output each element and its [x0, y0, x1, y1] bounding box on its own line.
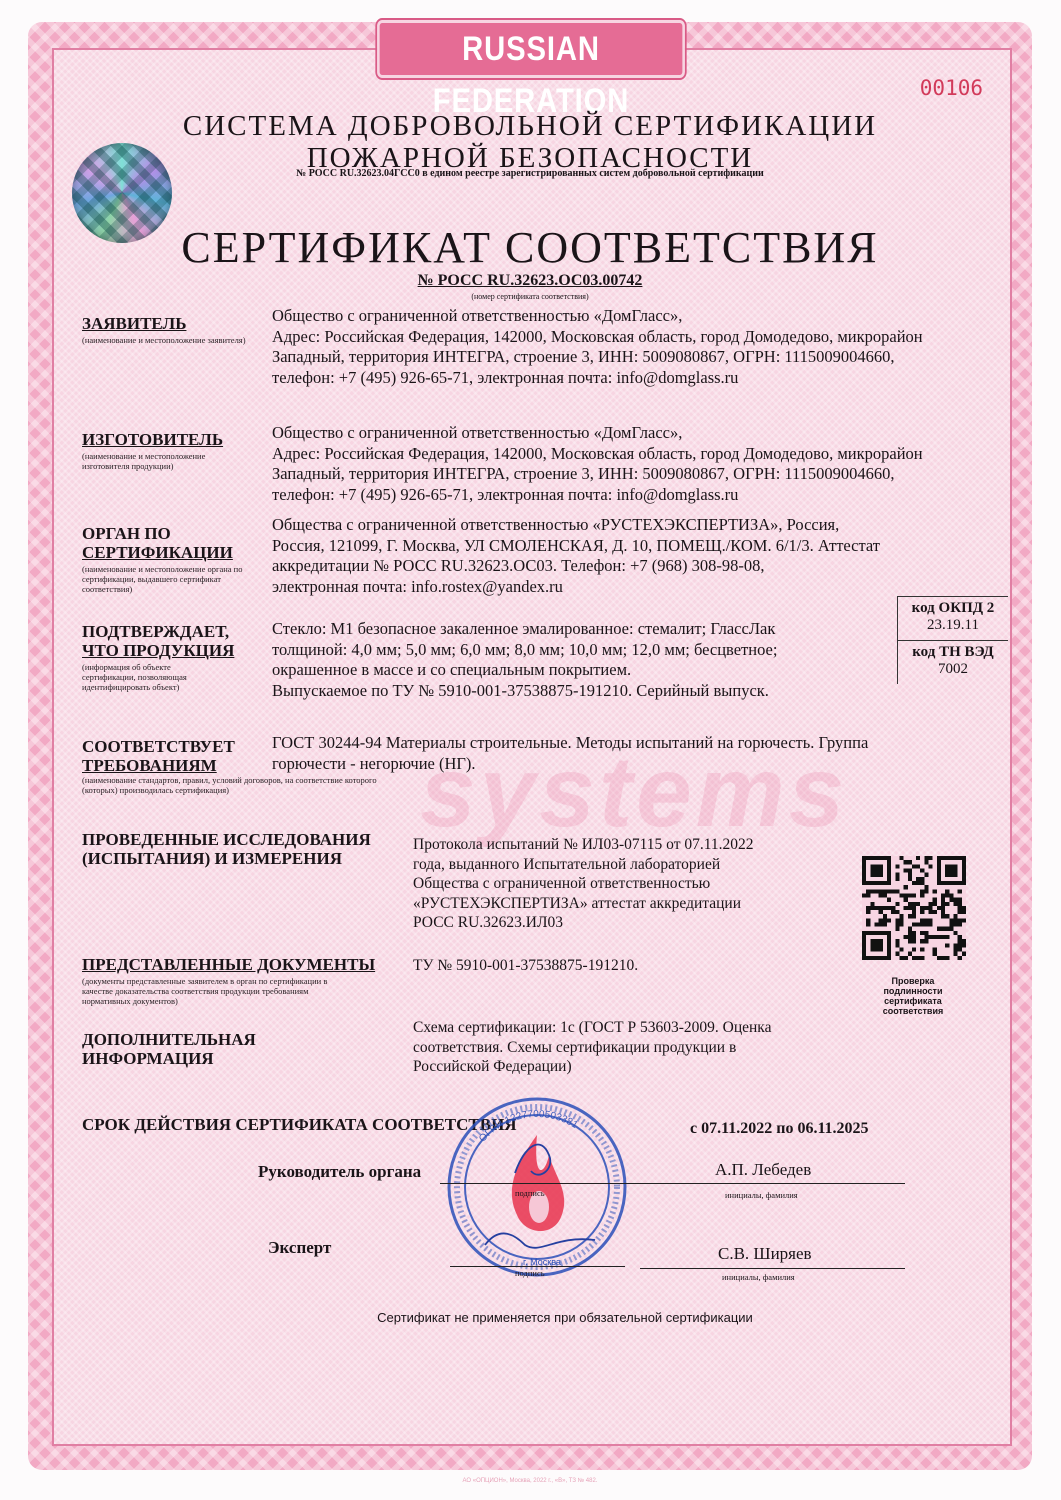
requirements-caption: (наименование стандартов, правил, услови… — [82, 775, 392, 795]
documents-label: ПРЕДСТАВЛЕННЫЕ ДОКУМЕНТЫ — [82, 955, 402, 974]
certification-body-caption: (наименование и местоположение органа по… — [82, 564, 247, 594]
manufacturer-text: Общество с ограниченной ответственностью… — [272, 423, 923, 505]
certificate-number-caption: (номер сертификата соответствия) — [150, 292, 910, 301]
qr-caption: Проверка подлинности сертификата соответ… — [848, 976, 978, 1016]
product-text: Стекло: М1 безопасное закаленное эмалиро… — [272, 619, 777, 701]
requirements-text: ГОСТ 30244-94 Материалы строительные. Ме… — [272, 733, 868, 774]
system-title: СИСТЕМА ДОБРОВОЛЬНОЙ СЕРТИФИКАЦИИ ПОЖАРН… — [150, 110, 910, 174]
head-name: А.П. Лебедев — [715, 1160, 811, 1180]
voluntary-notice: Сертификат не применяется при обязательн… — [250, 1310, 880, 1325]
applicant-text: Общество с ограниченной ответственностью… — [272, 306, 923, 388]
product-caption: (информация об объекте сертификации, поз… — [82, 662, 222, 692]
certification-body-label: ОРГАН ПО СЕРТИФИКАЦИИ — [82, 524, 262, 562]
additional-info-text: Схема сертификации: 1с (ГОСТ Р 53603-200… — [413, 1018, 833, 1077]
country-banner: RUSSIAN FEDERATION — [377, 20, 685, 78]
expert-signature-caption: подпись — [515, 1268, 545, 1278]
manufacturer-caption: (наименование и местоположение изготовит… — [82, 451, 247, 471]
okpd-code: код ОКПД 2 23.19.11 — [898, 596, 1008, 640]
head-signature-line — [440, 1183, 905, 1184]
expert-name: С.В. Ширяев — [718, 1244, 812, 1264]
applicant-caption: (наименование и местоположение заявителя… — [82, 335, 247, 345]
printer-imprint: АО «ОПЦИОН», Москва, 2022 г., «В», ТЗ № … — [330, 1478, 730, 1484]
head-role-label: Руководитель органа — [258, 1162, 421, 1182]
certification-body-text: Общества с ограниченной ответственностью… — [272, 515, 880, 597]
validity-period: с 07.11.2022 по 06.11.2025 — [690, 1120, 869, 1138]
stamp-ogrn: ОГРН 1227700503381 — [477, 1109, 580, 1144]
requirements-label: СООТВЕТСТВУЕТ ТРЕБОВАНИЯМ — [82, 737, 262, 775]
documents-caption: (документы представленные заявителем в о… — [82, 976, 352, 1006]
expert-name-caption: инициалы, фамилия — [722, 1272, 795, 1282]
head-signature-caption: подпись — [515, 1188, 545, 1198]
system-registration: № РОСС RU.32623.04ГСС0 в едином реестре … — [150, 168, 910, 179]
qr-code-icon[interactable] — [862, 856, 966, 960]
additional-info-label: ДОПОЛНИТЕЛЬНАЯ ИНФОРМАЦИЯ — [82, 1030, 402, 1068]
tests-text: Протокола испытаний № ИЛ03-07115 от 07.1… — [413, 835, 833, 933]
certificate-number: № РОСС RU.32623.ОС03.00742 — [150, 272, 910, 290]
expert-name-line — [640, 1268, 905, 1269]
head-name-caption: инициалы, фамилия — [725, 1190, 798, 1200]
applicant-label: ЗАЯВИТЕЛЬ — [82, 314, 262, 333]
certificate-title: СЕРТИФИКАТ СООТВЕТСТВИЯ — [150, 222, 910, 273]
documents-text: ТУ № 5910-001-37538875-191210. — [413, 956, 833, 976]
svg-text:ОГРН 1227700503381: ОГРН 1227700503381 — [477, 1109, 580, 1144]
expert-signature-line — [450, 1266, 625, 1267]
expert-role-label: Эксперт — [268, 1238, 331, 1258]
tests-label: ПРОВЕДЕННЫЕ ИССЛЕДОВАНИЯ (ИСПЫТАНИЯ) И И… — [82, 830, 402, 868]
tnved-code: код ТН ВЭД 7002 — [898, 640, 1008, 684]
blank-serial-number: 00106 — [920, 76, 983, 100]
product-codes-box: код ОКПД 2 23.19.11 код ТН ВЭД 7002 — [897, 596, 1008, 684]
manufacturer-label: ИЗГОТОВИТЕЛЬ — [82, 430, 262, 449]
product-label: ПОДТВЕРЖДАЕТ, ЧТО ПРОДУКЦИЯ — [82, 622, 262, 660]
